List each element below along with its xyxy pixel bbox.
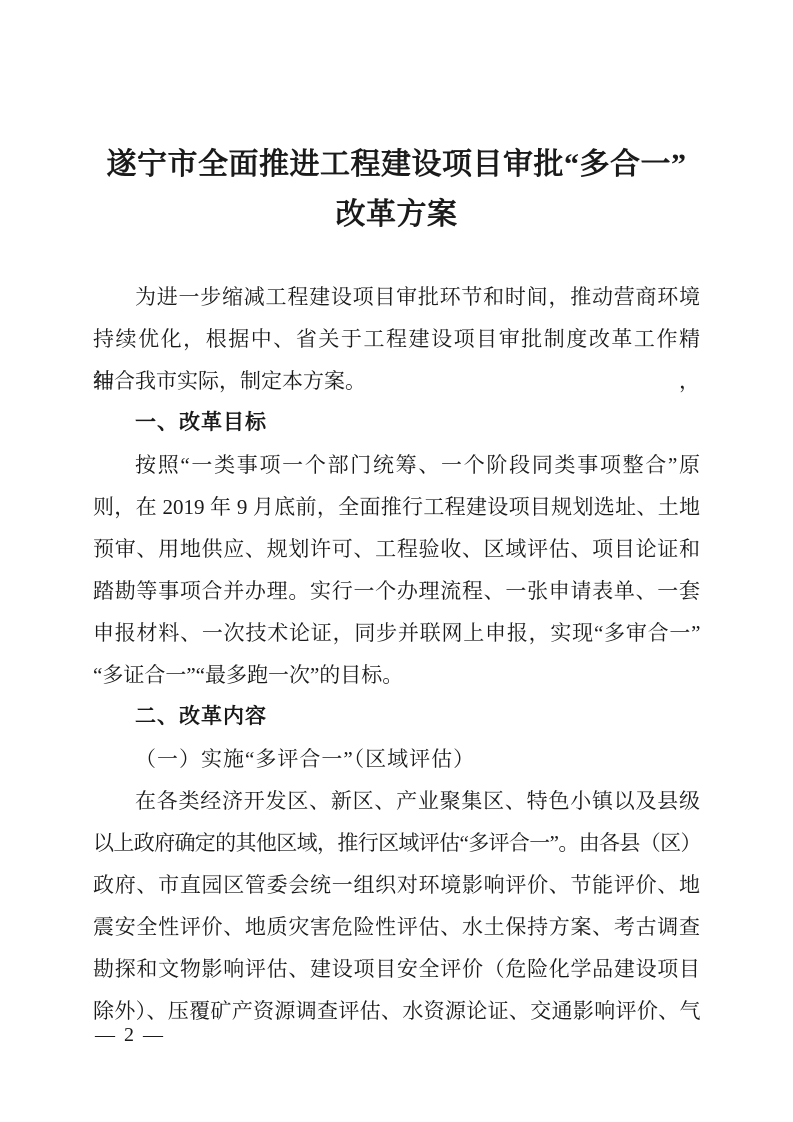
body-line: 持续优化，根据中、省关于工程建设项目审批制度改革工作精神，	[93, 318, 700, 360]
body-line: 以上政府确定的其他区域，推行区域评估“多评合一”。由各县（区）	[93, 822, 700, 864]
title-line: 改革方案	[93, 190, 700, 240]
section-heading-1: 一、改革目标	[93, 402, 700, 444]
section-heading-2: 二、改革内容	[93, 696, 700, 738]
body-line: 除外）、压覆矿产资源调查评估、水资源论证、交通影响评价、气	[93, 990, 700, 1032]
body-line: 则，在 2019 年 9 月底前，全面推行工程建设项目规划选址、土地	[93, 486, 700, 528]
body-line: 申报材料、一次技术论证，同步并联网上申报，实现“多审合一”	[93, 612, 700, 654]
document-body: 为进一步缩减工程建设项目审批环节和时间，推动营商环境 持续优化，根据中、省关于工…	[93, 276, 700, 1032]
body-line: 勘探和文物影响评估、建设项目安全评价（危险化学品建设项目	[93, 948, 700, 990]
document-page: 遂宁市全面推进工程建设项目审批“多合一” 改革方案 为进一步缩减工程建设项目审批…	[0, 0, 793, 1122]
body-line: 按照“一类事项一个部门统筹、一个阶段同类事项整合”原	[93, 444, 700, 486]
body-line: 踏勘等事项合并办理。实行一个办理流程、一张申请表单、一套	[93, 570, 700, 612]
body-line: 预审、用地供应、规划许可、工程验收、区域评估、项目论证和	[93, 528, 700, 570]
body-line: 为进一步缩减工程建设项目审批环节和时间，推动营商环境	[93, 276, 700, 318]
page-number: — 2 —	[95, 1022, 165, 1048]
title-line: 遂宁市全面推进工程建设项目审批“多合一”	[93, 140, 700, 190]
sub-section-heading: （一）实施“多评合一”（区域评估）	[93, 738, 700, 780]
body-line: 在各类经济开发区、新区、产业聚集区、特色小镇以及县级	[93, 780, 700, 822]
body-line: 政府、市直园区管委会统一组织对环境影响评价、节能评价、地	[93, 864, 700, 906]
body-line: “多证合一”“最多跑一次”的目标。	[93, 654, 700, 696]
document-title: 遂宁市全面推进工程建设项目审批“多合一” 改革方案	[93, 140, 700, 240]
body-line: 震安全性评价、地质灾害危险性评估、水土保持方案、考古调查	[93, 906, 700, 948]
